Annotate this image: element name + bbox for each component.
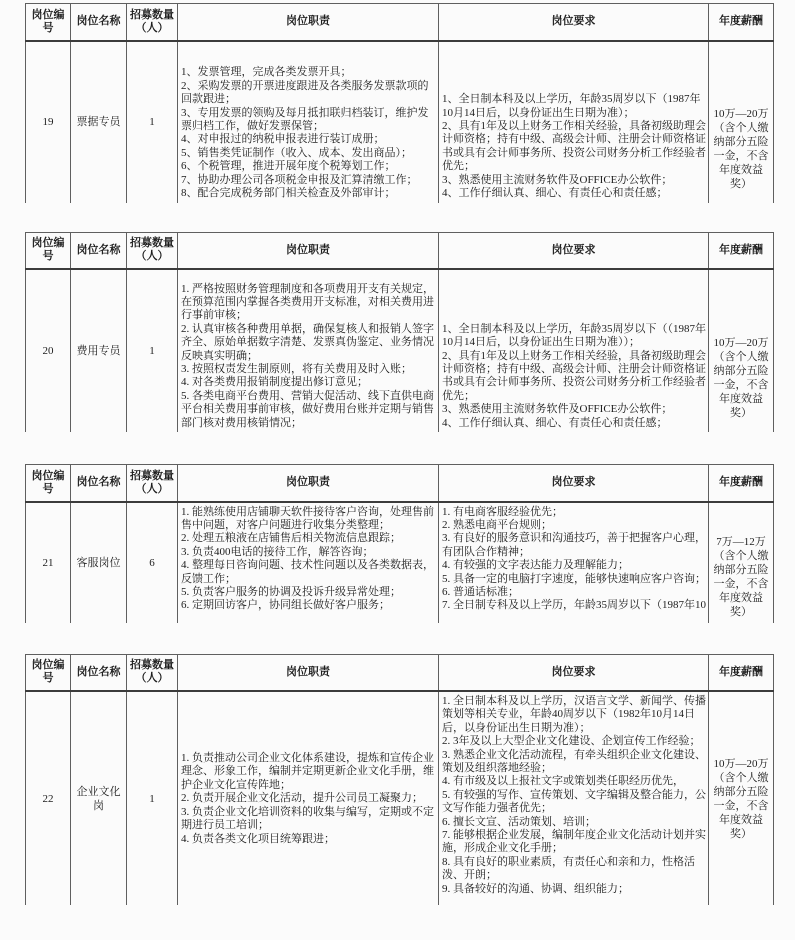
recruit-count-cell: 1	[127, 269, 178, 432]
job-duties-cell: 1. 严格按照财务管理制度和各项费用开支有关规定，在预算范围内掌握各类费用开支标…	[178, 269, 439, 432]
job-duties-text: 1. 严格按照财务管理制度和各项费用开支有关规定，在预算范围内掌握各类费用开支标…	[178, 280, 438, 432]
recruit-count: 1	[127, 344, 177, 358]
job-name-cell: 票据专员	[71, 41, 127, 203]
col-header-job-name: 岗位名称	[71, 232, 127, 269]
header-row: 岗位编号 岗位名称 招募数量（人） 岗位职责 岗位要求 年度薪酬	[26, 465, 774, 502]
job-name: 企业文化岗	[71, 785, 126, 813]
col-header-requirements: 岗位要求	[439, 232, 709, 269]
job-row: 22 企业文化岗 1 1. 负责推动公司企业文化体系建设，提炼和宣传企业理念、形…	[26, 691, 774, 905]
col-header-requirements: 岗位要求	[439, 465, 709, 502]
recruit-count: 6	[127, 556, 177, 570]
col-header-job-id: 岗位编号	[26, 232, 71, 269]
job-row: 21 客服岗位 6 1. 能熟练使用店铺聊天软件接待客户咨询，处理售前售中问题，…	[26, 502, 774, 623]
job-id: 20	[26, 344, 70, 358]
job-name: 客服岗位	[71, 556, 126, 570]
salary-cell: 7万—12万（含个人缴纳部分五险一金，不含年度效益奖）	[709, 502, 774, 623]
job-table-22: 岗位编号 岗位名称 招募数量（人） 岗位职责 岗位要求 年度薪酬 22 企业文化…	[25, 654, 774, 906]
job-requirements-cell: 1、全日制本科及以上学历，年龄35周岁以下（（1987年10月14日后，以身份证…	[439, 269, 709, 432]
job-requirements-cell: 1. 全日制本科及以上学历，汉语言文学、新闻学、传播策划等相关专业，年龄40周岁…	[439, 691, 709, 905]
job-id-cell: 20	[26, 269, 71, 432]
job-id: 21	[26, 556, 70, 570]
job-name: 费用专员	[71, 344, 126, 358]
salary-text: 7万—12万（含个人缴纳部分五险一金，不含年度效益奖）	[709, 535, 773, 619]
job-id-cell: 22	[26, 691, 71, 905]
job-row: 19 票据专员 1 1、发票管理，完成各类发票开具； 2、采购发票的开票进度跟进…	[26, 41, 774, 203]
job-table-21: 岗位编号 岗位名称 招募数量（人） 岗位职责 岗位要求 年度薪酬 21 客服岗位…	[25, 464, 774, 623]
col-header-job-id: 岗位编号	[26, 4, 71, 41]
col-header-duties: 岗位职责	[178, 465, 439, 502]
col-header-duties: 岗位职责	[178, 654, 439, 691]
col-header-recruit-count: 招募数量（人）	[127, 654, 178, 691]
job-duties-cell: 1. 负责推动公司企业文化体系建设，提炼和宣传企业理念、形象工作，编制并定期更新…	[178, 691, 439, 905]
salary-text: 10万—20万（含个人缴纳部分五险一金，不含年度效益奖）	[709, 757, 773, 841]
salary-cell: 10万—20万（含个人缴纳部分五险一金，不含年度效益奖）	[709, 269, 774, 432]
salary-text: 10万—20万（含个人缴纳部分五险一金，不含年度效益奖）	[709, 336, 773, 420]
recruit-count: 1	[127, 115, 177, 129]
col-header-job-name: 岗位名称	[71, 654, 127, 691]
col-header-duties: 岗位职责	[178, 232, 439, 269]
col-header-job-id: 岗位编号	[26, 654, 71, 691]
job-table-19: 岗位编号 岗位名称 招募数量（人） 岗位职责 岗位要求 年度薪酬 19 票据专员…	[25, 3, 774, 203]
job-requirements-cell: 1. 有电商客服经验优先； 2. 熟悉电商平台规则； 3. 有良好的服务意识和沟…	[439, 502, 709, 623]
col-header-recruit-count: 招募数量（人）	[127, 465, 178, 502]
col-header-duties: 岗位职责	[178, 4, 439, 41]
recruit-count-cell: 6	[127, 502, 178, 623]
recruit-count: 1	[127, 792, 177, 806]
col-header-recruit-count: 招募数量（人）	[127, 4, 178, 41]
job-id: 22	[26, 792, 70, 806]
col-header-job-name: 岗位名称	[71, 465, 127, 502]
job-duties-text: 1. 能熟练使用店铺聊天软件接待客户咨询，处理售前售中问题，对客户问题进行收集分…	[178, 503, 438, 615]
salary-text: 10万—20万（含个人缴纳部分五险一金，不含年度效益奖）	[709, 107, 773, 191]
job-id-cell: 19	[26, 41, 71, 203]
job-name-cell: 费用专员	[71, 269, 127, 432]
job-requirements-text: 1. 有电商客服经验优先； 2. 熟悉电商平台规则； 3. 有良好的服务意识和沟…	[439, 503, 708, 615]
job-requirements-text: 1、全日制本科及以上学历，年龄35周岁以下（（1987年10月14日后，以身份证…	[439, 320, 708, 432]
col-header-requirements: 岗位要求	[439, 654, 709, 691]
col-header-requirements: 岗位要求	[439, 4, 709, 41]
job-name-cell: 客服岗位	[71, 502, 127, 623]
header-row: 岗位编号 岗位名称 招募数量（人） 岗位职责 岗位要求 年度薪酬	[26, 232, 774, 269]
document-page: 岗位编号 岗位名称 招募数量（人） 岗位职责 岗位要求 年度薪酬 19 票据专员…	[0, 0, 795, 940]
header-row: 岗位编号 岗位名称 招募数量（人） 岗位职责 岗位要求 年度薪酬	[26, 4, 774, 41]
salary-cell: 10万—20万（含个人缴纳部分五险一金，不含年度效益奖）	[709, 691, 774, 905]
col-header-salary: 年度薪酬	[709, 465, 774, 502]
header-row: 岗位编号 岗位名称 招募数量（人） 岗位职责 岗位要求 年度薪酬	[26, 654, 774, 691]
job-id: 19	[26, 115, 70, 129]
col-header-salary: 年度薪酬	[709, 4, 774, 41]
col-header-salary: 年度薪酬	[709, 232, 774, 269]
salary-cell: 10万—20万（含个人缴纳部分五险一金，不含年度效益奖）	[709, 41, 774, 203]
job-duties-cell: 1、发票管理，完成各类发票开具； 2、采购发票的开票进度跟进及各类服务发票款项的…	[178, 41, 439, 203]
job-name-cell: 企业文化岗	[71, 691, 127, 905]
job-duties-text: 1. 负责推动公司企业文化体系建设，提炼和宣传企业理念、形象工作，编制并定期更新…	[178, 749, 438, 848]
job-requirements-text: 1. 全日制本科及以上学历，汉语言文学、新闻学、传播策划等相关专业，年龄40周岁…	[439, 692, 708, 898]
recruit-count-cell: 1	[127, 691, 178, 905]
job-table-20: 岗位编号 岗位名称 招募数量（人） 岗位职责 岗位要求 年度薪酬 20 费用专员…	[25, 232, 774, 433]
job-row: 20 费用专员 1 1. 严格按照财务管理制度和各项费用开支有关规定，在预算范围…	[26, 269, 774, 432]
job-id-cell: 21	[26, 502, 71, 623]
col-header-recruit-count: 招募数量（人）	[127, 232, 178, 269]
job-requirements-cell: 1、全日制本科及以上学历，年龄35周岁以下（1987年10月14日后，以身份证出…	[439, 41, 709, 203]
recruit-count-cell: 1	[127, 41, 178, 203]
job-requirements-text: 1、全日制本科及以上学历，年龄35周岁以下（1987年10月14日后，以身份证出…	[439, 90, 708, 202]
job-duties-cell: 1. 能熟练使用店铺聊天软件接待客户咨询，处理售前售中问题，对客户问题进行收集分…	[178, 502, 439, 623]
col-header-job-id: 岗位编号	[26, 465, 71, 502]
job-duties-text: 1、发票管理，完成各类发票开具； 2、采购发票的开票进度跟进及各类服务发票款项的…	[178, 63, 438, 202]
col-header-job-name: 岗位名称	[71, 4, 127, 41]
job-name: 票据专员	[71, 115, 126, 129]
col-header-salary: 年度薪酬	[709, 654, 774, 691]
